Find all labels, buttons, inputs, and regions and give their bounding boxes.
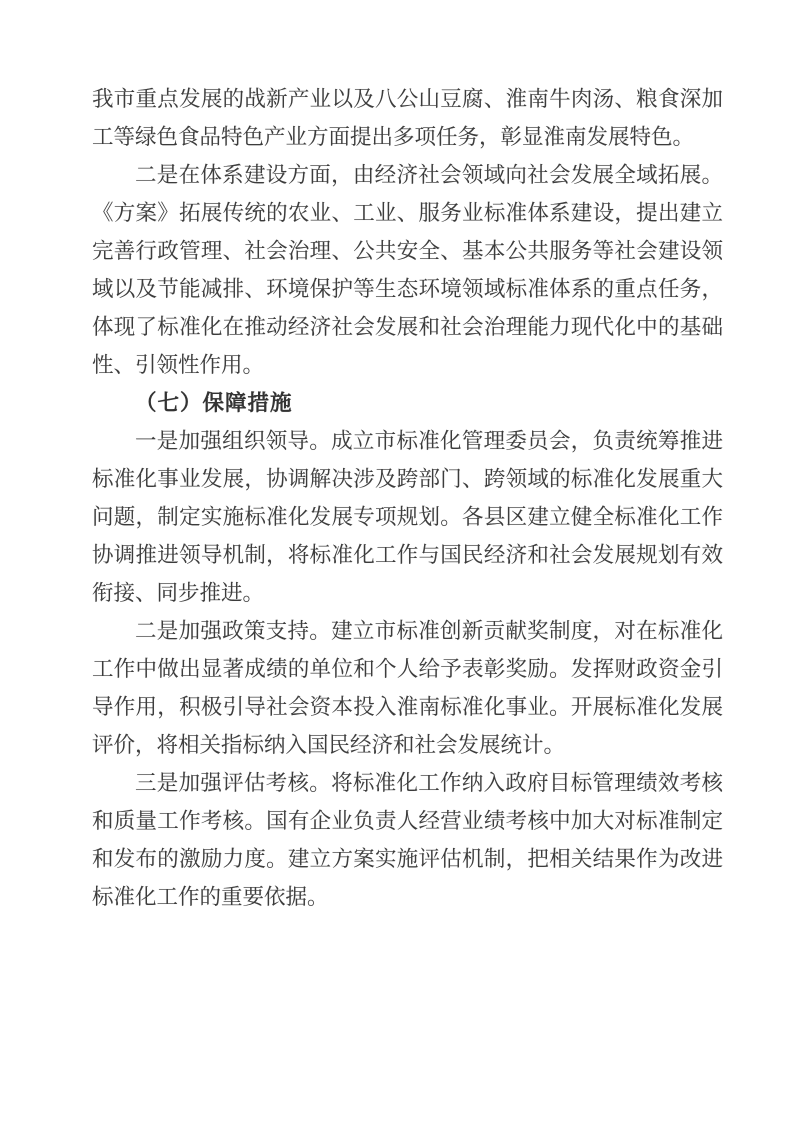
document-page: 我市重点发展的战新产业以及八公山豆腐、淮南牛肉汤、粮食深加工等绿色食品特色产业方… (0, 0, 793, 1122)
paragraph-evaluation-assessment: 三是加强评估考核。将标准化工作纳入政府目标管理绩效考核和质量工作考核。国有企业负… (92, 764, 723, 916)
document-text-block: 我市重点发展的战新产业以及八公山豆腐、淮南牛肉汤、粮食深加工等绿色食品特色产业方… (92, 80, 723, 916)
paragraph-system-building: 二是在体系建设方面，由经济社会领域向社会发展全域拓展。《方案》拓展传统的农业、工… (92, 156, 723, 384)
paragraph-continuation: 我市重点发展的战新产业以及八公山豆腐、淮南牛肉汤、粮食深加工等绿色食品特色产业方… (92, 80, 723, 156)
paragraph-policy-support: 二是加强政策支持。建立市标准创新贡献奖制度，对在标准化工作中做出显著成绩的单位和… (92, 612, 723, 764)
paragraph-organizational-leadership: 一是加强组织领导。成立市标准化管理委员会，负责统筹推进标准化事业发展，协调解决涉… (92, 422, 723, 612)
section-heading-7-safeguard-measures: （七）保障措施 (92, 384, 723, 422)
